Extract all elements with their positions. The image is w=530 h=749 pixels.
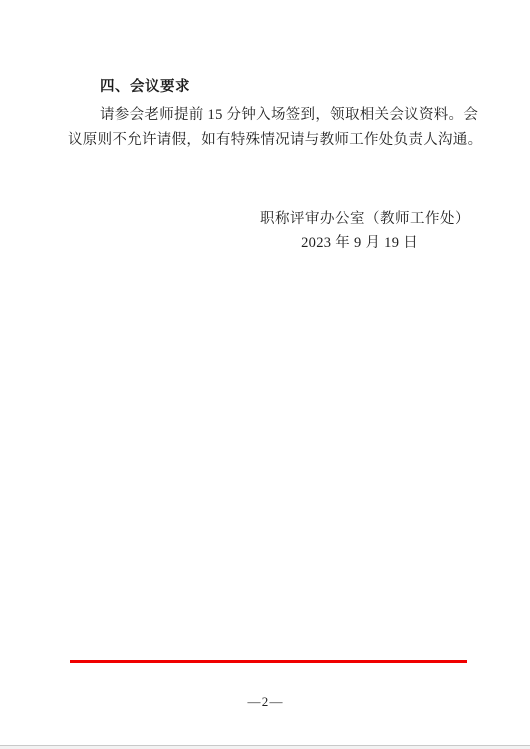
document-page: 四、会议要求 请参会老师提前 15 分钟入场签到，领取相关会议资料。会 议原则不… xyxy=(0,0,530,749)
page-bottom-edge xyxy=(0,745,530,749)
signature-date: 2023 年 9 月 19 日 xyxy=(301,231,418,252)
section-heading: 四、会议要求 xyxy=(100,78,190,96)
footer-red-rule xyxy=(70,660,467,663)
page-number: — 2 — xyxy=(0,694,530,710)
signature-office: 职称评审办公室（教师工作处） xyxy=(260,207,470,228)
paragraph-line: 请参会老师提前 15 分钟入场签到，领取相关会议资料。会 xyxy=(100,106,478,125)
paragraph-line: 议原则不允许请假，如有特殊情况请与教师工作处负责人沟通。 xyxy=(68,131,482,150)
